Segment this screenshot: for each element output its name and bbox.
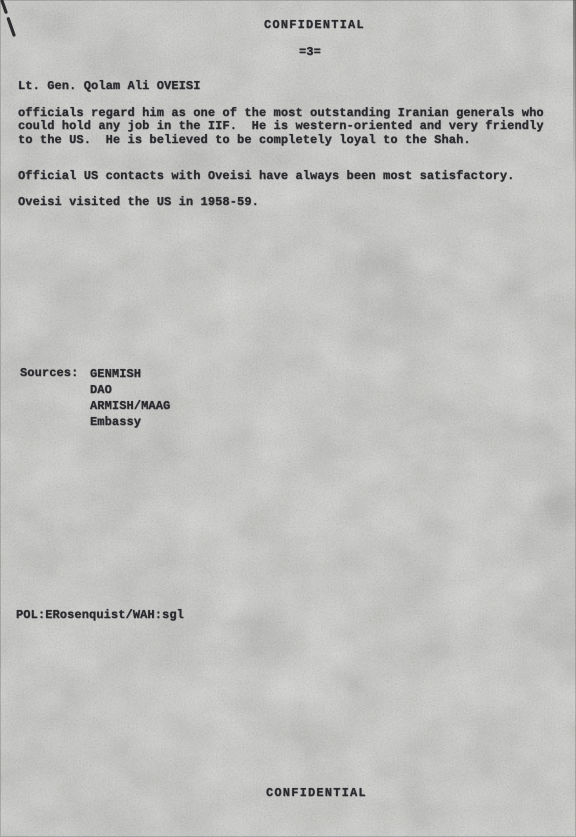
drafting-office-line: POL:ERosenquist/WAH:sgl xyxy=(16,608,184,622)
paragraph-3: Oveisi visited the US in 1958-59. xyxy=(18,195,259,209)
source-item: ARMISH/MAAG xyxy=(90,398,170,414)
scanned-document-page: CONFIDENTIAL =3= Lt. Gen. Qolam Ali OVEI… xyxy=(0,0,576,837)
paragraph-1-line-3: to the US. He is believed to be complete… xyxy=(18,133,471,147)
scan-artifact-mark xyxy=(0,0,30,50)
classification-footer: CONFIDENTIAL xyxy=(266,786,367,800)
source-item: GENMISH xyxy=(90,366,141,382)
sources-label: Sources: xyxy=(20,366,78,380)
paragraph-2: Official US contacts with Oveisi have al… xyxy=(18,169,514,183)
paragraph-1-line-2: could hold any job in the IIF. He is wes… xyxy=(18,119,544,133)
subject-line: Lt. Gen. Qolam Ali OVEISI xyxy=(18,79,201,93)
paragraph-1-line-1: officials regard him as one of the most … xyxy=(18,106,544,120)
source-item: Embassy xyxy=(90,414,141,430)
page-number: =3= xyxy=(299,45,321,59)
source-item: DAO xyxy=(90,382,112,398)
classification-header: CONFIDENTIAL xyxy=(264,18,365,32)
